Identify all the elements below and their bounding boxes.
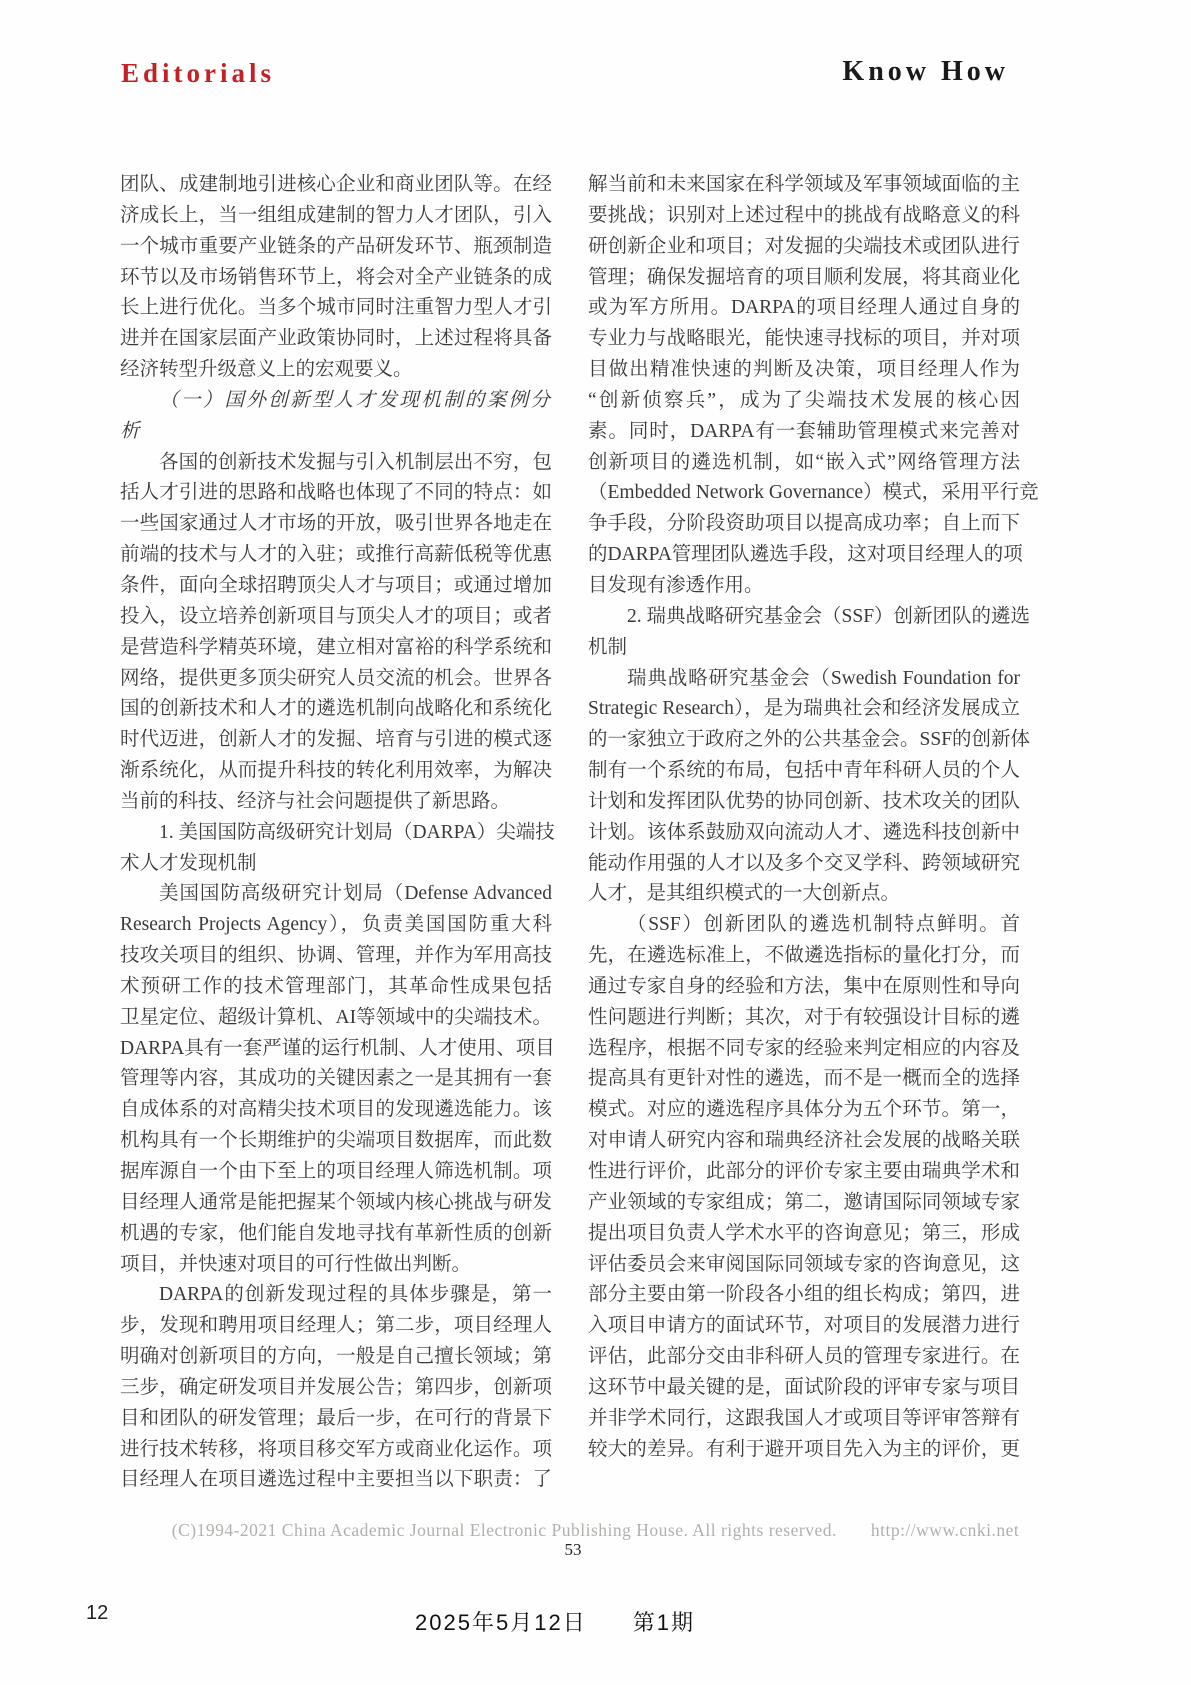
text-line: 项目，并快速对项目的可行性做出判断。	[120, 1250, 552, 1281]
journal-page: Editorials Know How 团队、成建制地引进核心企业和商业团队等。…	[0, 0, 1191, 1685]
text-line: 前端的技术与人才的入驻；或推行高薪低税等优惠	[120, 540, 552, 571]
text-line: 研创新企业和项目；对发掘的尖端技术或团队进行	[588, 232, 1020, 263]
text-line: Strategic Research），是为瑞典社会和经济发展成立	[588, 694, 1020, 725]
text-line: 当前的科技、经济与社会问题提供了新思路。	[120, 787, 552, 818]
text-line: 的DARPA管理团队遴选手段，这对项目经理人的项	[588, 540, 1020, 571]
text-line: 机构具有一个长期维护的尖端项目数据库，而此数	[120, 1126, 552, 1157]
text-line: 对申请人研究内容和瑞典经济社会发展的战略关联	[588, 1126, 1020, 1157]
text-line: “创新侦察兵”，成为了尖端技术发展的核心因	[588, 386, 1020, 417]
text-line: 模式。对应的遴选程序具体分为五个环节。第一，	[588, 1095, 1020, 1126]
text-line: 机遇的专家，他们能自发地寻找有革新性质的创新	[120, 1219, 552, 1250]
text-line: 人才，是其组织模式的一大创新点。	[588, 879, 1020, 910]
text-line: 通过专家自身的经验和方法，集中在原则性和导向	[588, 972, 1020, 1003]
text-line: 进行技术转移，将项目移交军方或商业化运作。项	[120, 1435, 552, 1466]
issue-number: 第1期	[633, 1610, 695, 1635]
text-line: Research Projects Agency），负责美国国防重大科	[120, 910, 552, 941]
text-line: 2. 瑞典战略研究基金会（SSF）创新团队的遴选	[588, 602, 1020, 633]
text-line: 济成长上，当一组组成建制的智力人才团队，引入	[120, 201, 552, 232]
text-line: 目经理人在项目遴选过程中主要担当以下职责：了	[120, 1465, 552, 1496]
header-section-title: Editorials	[121, 58, 275, 89]
text-line: 国的创新技术和人才的遴选机制向战略化和系统化	[120, 694, 552, 725]
text-line: 管理；确保发掘培育的项目顺利发展，将其商业化	[588, 263, 1020, 294]
text-line: 性进行评价，此部分的评价专家主要由瑞典学术和	[588, 1157, 1020, 1188]
left-column: 团队、成建制地引进核心企业和商业团队等。在经济成长上，当一组组成建制的智力人才团…	[120, 170, 552, 1496]
text-line: 较大的差异。有利于避开项目先入为主的评价，更	[588, 1435, 1020, 1466]
issue-date: 2025年5月12日	[415, 1610, 587, 1635]
text-line: 评估委员会来审阅国际同领域专家的咨询意见，这	[588, 1250, 1020, 1281]
text-line: 括人才引进的思路和战略也体现了不同的特点：如	[120, 478, 552, 509]
text-line: 卫星定位、超级计算机、AI等领域中的尖端技术。	[120, 1003, 552, 1034]
text-line: 并非学术同行，这跟我国人才或项目等评审答辩有	[588, 1404, 1020, 1435]
text-line: 一个城市重要产业链条的产品研发环节、瓶颈制造	[120, 232, 552, 263]
text-line: 条件，面向全球招聘顶尖人才与项目；或通过增加	[120, 571, 552, 602]
copyright-url: http://www.cnki.net	[871, 1520, 1019, 1540]
text-line: 据库源自一个由下至上的项目经理人筛选机制。项	[120, 1157, 552, 1188]
text-line: DARPA的创新发现过程的具体步骤是，第一	[120, 1280, 552, 1311]
copyright-line: (C)1994-2021 China Academic Journal Elec…	[0, 1520, 1191, 1541]
text-line: 这环节中最关键的是，面试阶段的评审专家与项目	[588, 1373, 1020, 1404]
text-line: 团队、成建制地引进核心企业和商业团队等。在经	[120, 170, 552, 201]
text-line: 部分主要由第一阶段各小组的组长构成；第四，进	[588, 1280, 1020, 1311]
text-line: 网络，提供更多顶尖研究人员交流的机会。世界各	[120, 664, 552, 695]
text-line: 时代迈进，创新人才的发掘、培育与引进的模式逐	[120, 725, 552, 756]
date-issue-line: 2025年5月12日第1期	[0, 1606, 1110, 1637]
text-line: 明确对创新项目的方向，一般是自己擅长领域；第	[120, 1342, 552, 1373]
text-line: 要挑战；识别对上述过程中的挑战有战略意义的科	[588, 201, 1020, 232]
page-number: 53	[0, 1540, 1146, 1560]
text-line: 一些国家通过人才市场的开放，吸引世界各地走在	[120, 509, 552, 540]
text-line: 自成体系的对高精尖技术项目的发现遴选能力。该	[120, 1095, 552, 1126]
text-line: 1. 美国国防高级研究计划局（DARPA）尖端技	[120, 818, 552, 849]
text-line: 争手段，分阶段资助项目以提高成功率；自上而下	[588, 509, 1020, 540]
text-line: 选程序，根据不同专家的经验来判定相应的内容及	[588, 1034, 1020, 1065]
text-line: 经济转型升级意义上的宏观要义。	[120, 355, 552, 386]
text-line: 专业力与战略眼光，能快速寻找标的项目，并对项	[588, 324, 1020, 355]
text-line: 美国国防高级研究计划局（Defense Advanced	[120, 879, 552, 910]
text-line: 瑞典战略研究基金会（Swedish Foundation for	[588, 664, 1020, 695]
text-line: 先，在遴选标准上，不做遴选指标的量化打分，而	[588, 941, 1020, 972]
text-line: 步，发现和聘用项目经理人；第二步，项目经理人	[120, 1311, 552, 1342]
text-line: 目发现有渗透作用。	[588, 571, 1020, 602]
text-line: 创新项目的遴选机制，如“嵌入式”网络管理方法	[588, 448, 1020, 479]
text-line: 或为军方所用。DARPA的项目经理人通过自身的	[588, 293, 1020, 324]
text-line: 术预研工作的技术管理部门，其革命性成果包括	[120, 972, 552, 1003]
text-line: 提出项目负责人学术水平的咨询意见；第三，形成	[588, 1219, 1020, 1250]
text-line: 三步，确定研发项目并发展公告；第四步，创新项	[120, 1373, 552, 1404]
copyright-text: (C)1994-2021 China Academic Journal Elec…	[172, 1520, 837, 1540]
text-line: 投入，设立培养创新项目与顶尖人才的项目；或者	[120, 602, 552, 633]
text-line: 术人才发现机制	[120, 849, 552, 880]
text-line: 计划和发挥团队优势的协同创新、技术攻关的团队	[588, 787, 1020, 818]
text-line: 各国的创新技术发掘与引入机制层出不穷，包	[120, 448, 552, 479]
text-line: 目做出精准快速的判断及决策，项目经理人作为	[588, 355, 1020, 386]
text-line: 机制	[588, 633, 1020, 664]
text-line: （SSF）创新团队的遴选机制特点鲜明。首	[588, 910, 1020, 941]
text-line: 计划。该体系鼓励双向流动人才、遴选科技创新中	[588, 818, 1020, 849]
right-column: 解当前和未来国家在科学领域及军事领域面临的主要挑战；识别对上述过程中的挑战有战略…	[588, 170, 1020, 1496]
text-line: 入项目申请方的面试环节，对项目的发展潜力进行	[588, 1311, 1020, 1342]
article-body: 团队、成建制地引进核心企业和商业团队等。在经济成长上，当一组组成建制的智力人才团…	[120, 170, 1020, 1496]
text-line: 产业领域的专家组成；第二，邀请国际同领域专家	[588, 1188, 1020, 1219]
text-line: 评估，此部分交由非科研人员的管理专家进行。在	[588, 1342, 1020, 1373]
text-line: 进并在国家层面产业政策协同时，上述过程将具备	[120, 324, 552, 355]
text-line: 提高具有更针对性的遴选，而不是一概而全的选择	[588, 1064, 1020, 1095]
header-column-title: Know How	[842, 56, 1009, 88]
text-line: DARPA具有一套严谨的运行机制、人才使用、项目	[120, 1034, 552, 1065]
text-line: 是营造科学精英环境，建立相对富裕的科学系统和	[120, 633, 552, 664]
text-line: 能动作用强的人才以及多个交叉学科、跨领域研究	[588, 849, 1020, 880]
text-line: 渐系统化，从而提升科技的转化利用效率，为解决	[120, 756, 552, 787]
text-line: 目和团队的研发管理；最后一步，在可行的背景下	[120, 1404, 552, 1435]
text-line: 解当前和未来国家在科学领域及军事领域面临的主	[588, 170, 1020, 201]
text-line: （Embedded Network Governance）模式，采用平行竞	[588, 478, 1020, 509]
text-line: 管理等内容，其成功的关键因素之一是其拥有一套	[120, 1064, 552, 1095]
text-line: 环节以及市场销售环节上，将会对全产业链条的成	[120, 263, 552, 294]
text-line: 的一家独立于政府之外的公共基金会。SSF的创新体	[588, 725, 1020, 756]
text-line: 制有一个系统的布局，包括中青年科研人员的个人	[588, 756, 1020, 787]
text-line: 素。同时，DARPA有一套辅助管理模式来完善对	[588, 417, 1020, 448]
text-line: 性问题进行判断；其次，对于有较强设计目标的遴	[588, 1003, 1020, 1034]
text-line: （一）国外创新型人才发现机制的案例分析	[120, 386, 552, 448]
text-line: 长上进行优化。当多个城市同时注重智力型人才引	[120, 293, 552, 324]
text-line: 技攻关项目的组织、协调、管理，并作为军用高技	[120, 941, 552, 972]
text-line: 目经理人通常是能把握某个领域内核心挑战与研发	[120, 1188, 552, 1219]
